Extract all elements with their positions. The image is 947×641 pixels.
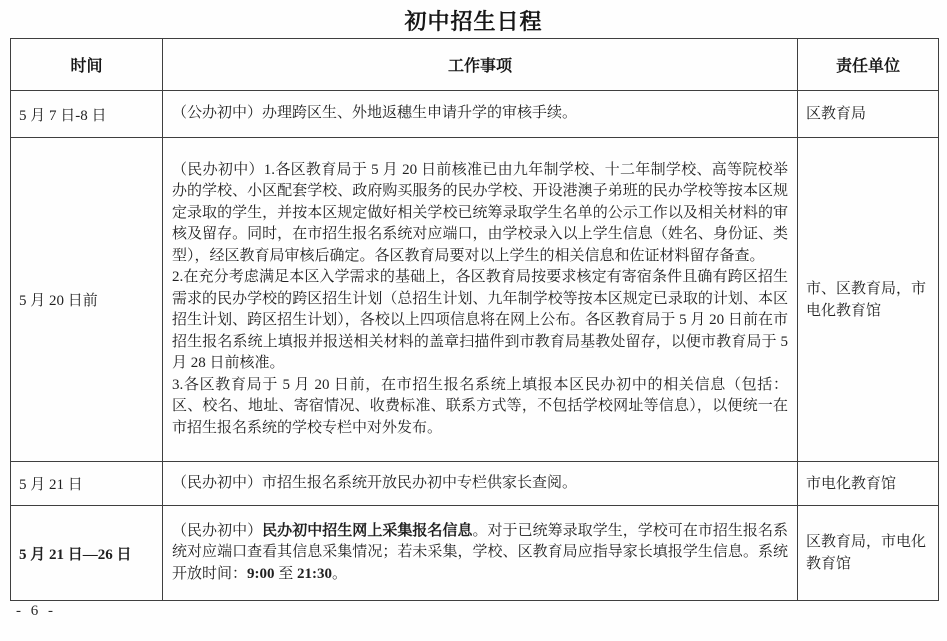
task-paragraph: （民办初中）1.各区教育局于 5 月 20 日前核准已由九年制学校、十二年制学校… [172,160,788,268]
task-segment: 至 [275,566,298,582]
time-cell: 5 月 7 日-8 日 [11,91,163,138]
task-segment-bold: 民办初中招生网上采集报名信息 [262,523,472,539]
page-title: 初中招生日程 [0,0,947,35]
task-cell: （公办初中）办理跨区生、外地返穗生申请升学的审核手续。 [163,91,798,138]
col-header-unit: 责任单位 [798,39,939,91]
document-page: 初中招生日程 时间 工作事项 责任单位 5 月 7 日-8 日 （公办初中）办理… [0,0,947,641]
col-header-time: 时间 [11,39,163,91]
task-segment-bold: 9:00 [247,566,275,582]
table-row: 5 月 7 日-8 日 （公办初中）办理跨区生、外地返穗生申请升学的审核手续。 … [11,91,939,138]
table-header-row: 时间 工作事项 责任单位 [11,39,939,91]
unit-cell: 市、区教育局，市电化教育馆 [798,138,939,462]
task-segment-bold: 21:30 [297,566,332,582]
time-cell: 5 月 21 日 [11,462,163,506]
task-cell: （民办初中）1.各区教育局于 5 月 20 日前核准已由九年制学校、十二年制学校… [163,138,798,462]
table-row: 5 月 20 日前 （民办初中）1.各区教育局于 5 月 20 日前核准已由九年… [11,138,939,462]
unit-cell: 市电化教育馆 [798,462,939,506]
table-row: 5 月 21 日—26 日 （民办初中）民办初中招生网上采集报名信息。对于已统筹… [11,506,939,601]
task-paragraph: 3.各区教育局于 5 月 20 日前，在市招生报名系统上填报本区民办初中的相关信… [172,375,788,440]
task-paragraph: 2.在充分考虑满足本区入学需求的基础上，各区教育局按要求核定有寄宿条件且确有跨区… [172,267,788,375]
time-cell: 5 月 21 日—26 日 [11,506,163,601]
unit-cell: 区教育局 [798,91,939,138]
page-number: - 6 - [16,603,56,620]
task-cell: （民办初中）市招生报名系统开放民办初中专栏供家长查阅。 [163,462,798,506]
task-cell: （民办初中）民办初中招生网上采集报名信息。对于已统筹录取学生，学校可在市招生报名… [163,506,798,601]
schedule-table: 时间 工作事项 责任单位 5 月 7 日-8 日 （公办初中）办理跨区生、外地返… [10,38,939,601]
task-segment: 。 [332,566,347,582]
table-row: 5 月 21 日 （民办初中）市招生报名系统开放民办初中专栏供家长查阅。 市电化… [11,462,939,506]
time-cell: 5 月 20 日前 [11,138,163,462]
task-segment: （民办初中） [172,523,262,539]
unit-cell: 区教育局，市电化教育馆 [798,506,939,601]
col-header-task: 工作事项 [163,39,798,91]
